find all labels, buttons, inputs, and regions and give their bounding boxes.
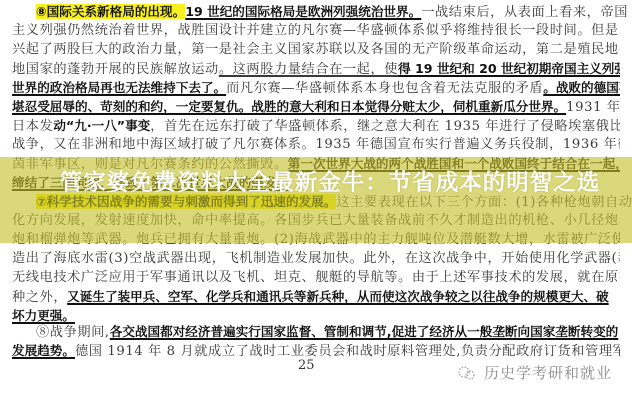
banner-title: 管家婆免费资料大全最新金牛：节省成本的明智之选 (40, 168, 620, 198)
text-run: 地国家的蓬勃开展的民族解放运动 (12, 62, 219, 77)
text-run: 种之外， (12, 290, 67, 305)
text-line: 主义列强仍然统治着世界，战胜国设计并建立的凡尔赛—华盛顿体系似乎将维持很长一段时… (12, 21, 620, 40)
text-run: 1931 年 (566, 100, 620, 115)
text-line: 地国家的蓬勃开展的民族解放运动。这两股力量结合在一起，使得 19 世纪和 20 … (12, 59, 620, 78)
text-run: 19 世纪的国际格局是欧洲列强统治世界。 (185, 4, 421, 19)
text-run: 兴起了两股巨大的政治力量，第一是社会主义国家苏联以及各国的无产阶级革命运动，第二… (12, 42, 620, 57)
text-line: 世界的政治格局再也无法维持下去了。而凡尔赛—华盛顿体系本身也包含着无法克服的矛盾… (12, 78, 620, 97)
text-line: 日本发动“九·一八”事变，首先在远东打破了华盛顿体系，继之意大利在 1935 年… (12, 116, 620, 135)
text-line: 堪忍受屈辱的、苛刻的和约，一定要复仇。战胜的意大利和日本觉得分赃太少，伺机重新瓜… (12, 97, 620, 116)
text-run: 堪忍受屈辱的、苛刻的和约，一定要复仇。战胜的意大利和日本觉得分赃太少，伺机重新瓜… (12, 99, 566, 114)
text-run: 各交战国都对经济普遍实行国家监督、管制和调节,促进了经济从一般垄断向国家垄断转变… (110, 324, 619, 339)
text-run: 世界的政治格局再也无法维持下去了。 (12, 80, 226, 95)
text-run: 日本发 (12, 119, 53, 134)
page-number: 25 (298, 358, 315, 373)
text-run: 。战败的德国不 (543, 80, 620, 95)
text-run: 。这两股力量结合在一起，使 (219, 62, 398, 77)
text-run: 德国 1914 年 8 月就成立了战时工业委员会和战时原料管理处,负责分配政府订… (75, 344, 620, 359)
text-line: 兴起了两股巨大的政治力量，第一是社会主义国家苏联以及各国的无产阶级革命运动，第二… (12, 40, 620, 59)
text-run: 主义列强仍然统治着世界，战胜国设计并建立的凡尔赛—华盛顿体系似乎将维持很长一段时… (12, 23, 620, 38)
text-line: 无线电技术广泛应用于军事通讯以及飞机、坦克、舰艇的导航等。由于上述军事技术的发展… (12, 268, 620, 287)
text-run: 无线电技术广泛应用于军事通讯以及飞机、坦克、舰艇的导航等。由于上述军事技术的发展… (12, 270, 620, 285)
text-line: ⑧战争期间,各交战国都对经济普遍实行国家监督、管制和调节,促进了经济从一般垄断向… (12, 322, 632, 341)
document-page: ⑧国际关系新格局的出现。19 世纪的国际格局是欧洲列强统治世界。一战结束后，从表… (0, 0, 632, 400)
text-run: 得 19 世纪和 20 世纪初期帝国主义列强统治 (398, 61, 620, 76)
text-run: 坏力更强。 (12, 308, 75, 323)
text-run: 一战结束后，从表面上看来，帝国 (421, 5, 628, 20)
text-line: ⑧国际关系新格局的出现。19 世纪的国际格局是欧洲列强统治世界。一战结束后，从表… (12, 2, 632, 21)
watermark: 历史学考研和就业 (456, 362, 612, 383)
watermark-text: 历史学考研和就业 (484, 362, 612, 383)
wechat-account-icon (456, 364, 478, 382)
text-run: 战争，又在非洲和地中海区域打破了凡尔赛体系。1935 年德国宣布实行普遍义务兵役… (12, 137, 620, 152)
text-run: 造出了海底水雷(3)空战武器出现，飞机制造业发展加快。此外，在这次战争中，开始使… (12, 251, 620, 266)
text-line: 造出了海底水雷(3)空战武器出现，飞机制造业发展加快。此外，在这次战争中，开始使… (12, 249, 620, 268)
text-line: 战争，又在非洲和地中海区域打破了凡尔赛体系。1935 年德国宣布实行普遍义务兵役… (12, 135, 620, 154)
text-run: ，首先在远东打破了华盛顿体系，继之意大利在 1935 年进行了侵略埃塞俄比亚的 (150, 119, 620, 134)
text-run: 动“九·一八”事变 (53, 118, 150, 133)
text-line: 种之外，又诞生了装甲兵、空军、化学兵和通讯兵等新兵种，从而使这次战争较之以往战争… (12, 287, 620, 306)
text-run: 发展趋势。 (12, 343, 75, 358)
text-run: ⑧战争期间, (36, 325, 110, 340)
text-run: 又诞生了装甲兵、空军、化学兵和通讯兵等新兵种，从而使这次战争较之以往战争的规模更… (67, 289, 609, 304)
text-run: ⑧国际关系新格局的出现。 (36, 4, 185, 19)
text-run: 而凡尔赛—华盛顿体系本身也包含着无法克服的矛盾 (226, 81, 543, 96)
text-line: 发展趋势。德国 1914 年 8 月就成立了战时工业委员会和战时原料管理处,负责… (12, 341, 620, 360)
